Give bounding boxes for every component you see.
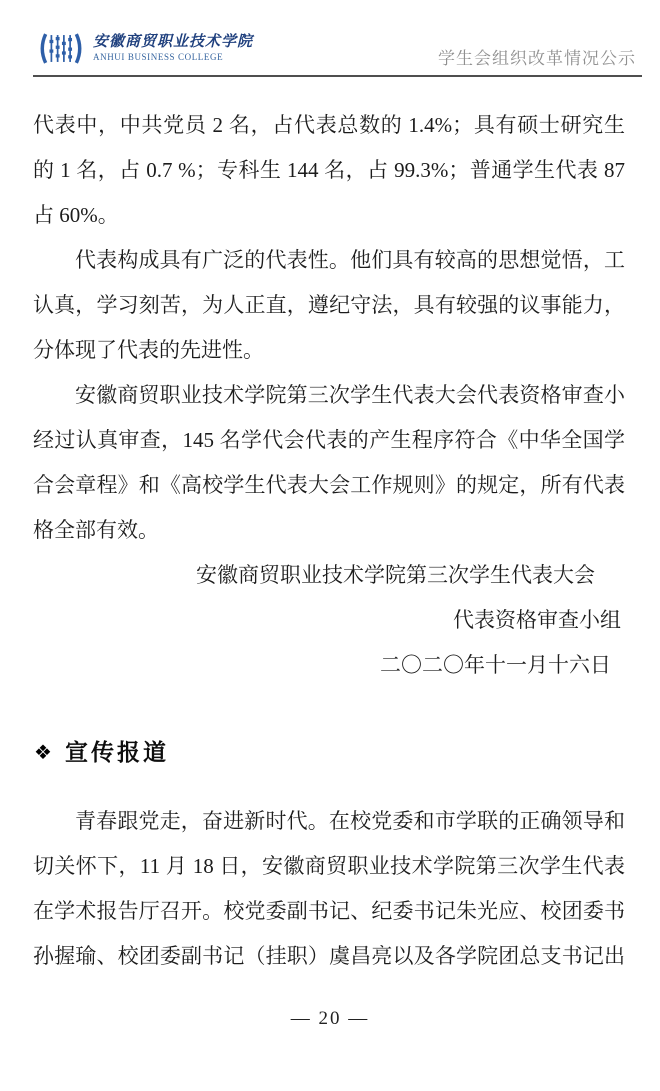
paragraph-line: 青春跟党走，奋进新时代。在校党委和市学联的正确领导和亲 [33, 799, 625, 844]
paragraph-line: 的 1 名，占 0.7 %；专科生 144 名，占 99.3%；普通学生代表 8… [33, 148, 625, 193]
diamond-bullet-icon: ❖ [34, 736, 52, 768]
header-divider-rule [33, 75, 642, 77]
header-document-title: 学生会组织改革情况公示 [438, 48, 636, 70]
paragraph-line: 经过认真审查，145 名学代会代表的产生程序符合《中华全国学生联 [33, 418, 625, 463]
body-text-block-2: 青春跟党走，奋进新时代。在校党委和市学联的正确领导和亲 切关怀下，11 月 18… [33, 799, 625, 979]
college-logo: 安徽商贸职业技术学院 ANHUI BUSINESS COLLEGE [37, 33, 253, 64]
paragraph-line: 安徽商贸职业技术学院第三次学生代表大会代表资格审查小组 [33, 373, 625, 418]
paragraph-line: 在学术报告厅召开。校党委副书记、纪委书记朱光应、校团委书记 [33, 889, 625, 934]
section-heading-label: 宣传报道 [65, 736, 169, 768]
paragraph-line: 格全部有效。 [33, 508, 625, 553]
paragraph-line: 代表构成具有广泛的代表性。他们具有较高的思想觉悟，工作 [33, 238, 625, 283]
paragraph-line: 合会章程》和《高校学生代表大会工作规则》的规定，所有代表资 [33, 463, 625, 508]
document-page: 安徽商贸职业技术学院 ANHUI BUSINESS COLLEGE 学生会组织改… [0, 0, 660, 1091]
body-text-block-1: 代表中，中共党员 2 名，占代表总数的 1.4%；具有硕士研究生学历 的 1 名… [33, 103, 625, 688]
college-logo-text: 安徽商贸职业技术学院 ANHUI BUSINESS COLLEGE [93, 34, 253, 63]
college-name-chinese: 安徽商贸职业技术学院 [93, 34, 253, 51]
college-name-english: ANHUI BUSINESS COLLEGE [93, 51, 253, 63]
paragraph-line: 分体现了代表的先进性。 [33, 328, 625, 373]
paragraph-line: 代表中，中共党员 2 名，占代表总数的 1.4%；具有硕士研究生学历 [33, 103, 625, 148]
paragraph-line: 孙握瑜、校团委副书记（挂职）虞昌亮以及各学院团总支书记出席 [33, 934, 625, 979]
paragraph-line: 切关怀下，11 月 18 日，安徽商贸职业技术学院第三次学生代表大会 [33, 844, 625, 889]
signature-organization-line: 安徽商贸职业技术学院第三次学生代表大会 [33, 553, 625, 598]
college-logo-icon [37, 33, 85, 64]
paragraph-line: 占 60%。 [33, 193, 625, 238]
paragraph-line: 认真，学习刻苦，为人正直，遵纪守法，具有较强的议事能力，充 [33, 283, 625, 328]
signature-group-line: 代表资格审查小组 [33, 598, 625, 643]
signature-date-line: 二〇二〇年十一月十六日 [33, 643, 625, 688]
section-heading: ❖ 宣传报道 [34, 736, 169, 768]
page-number: — 20 — [0, 1008, 660, 1030]
